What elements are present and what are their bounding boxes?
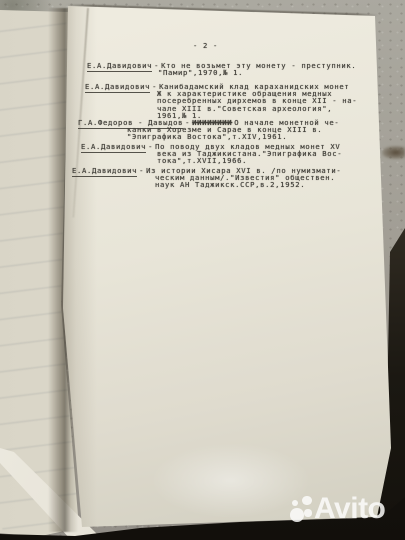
author-name: Е.А.Давидович: [81, 142, 146, 153]
author-separator: -: [148, 142, 153, 151]
bibliography-entry: Е.А.Давидович-Канибадамский клад карахан…: [85, 83, 357, 119]
author-name: Е.А.Давидович: [85, 82, 150, 93]
page-number: - 2 -: [193, 42, 218, 49]
avito-logo-icon: [302, 496, 312, 506]
bibliography-entry: Г.А.Федоров - Давыдов-ИИИИИИИИО начале м…: [78, 119, 357, 141]
bibliography-entry: Е.А.Давидович-Из истории Хисара XVI в. /…: [72, 167, 357, 189]
avito-logo-icon: [290, 508, 304, 522]
bib-line: тока",т.XVII,1966.: [157, 157, 357, 164]
avito-logo-icon: [304, 509, 311, 516]
bibliography-entry: Е.А.Давидович-По поводу двух кладов медн…: [81, 143, 357, 165]
bibliography-list: Е.А.Давидович-Кто не возьмет эту монету …: [0, 62, 357, 189]
avito-watermark: Avito: [286, 494, 405, 540]
typewritten-text: - 2 - Е.А.Давидович-Кто не возьмет эту м…: [0, 0, 405, 540]
bib-line: "Эпиграфика Востока",т.XIV,1961.: [127, 133, 357, 140]
bib-line: "Памир",1970,№ 1.: [158, 69, 357, 76]
author-name: Е.А.Давидович: [72, 166, 137, 177]
avito-wordmark: Avito: [314, 493, 385, 525]
bibliography-entry: Е.А.Давидович-Кто не возьмет эту монету …: [87, 62, 357, 76]
author-separator: -: [139, 166, 144, 175]
photo-of-typed-page: - 2 - Е.А.Давидович-Кто не возьмет эту м…: [0, 0, 405, 540]
author-name: Е.А.Давидович: [87, 61, 152, 72]
bib-line: наук АН Таджикск.ССР,в.2,1952.: [155, 181, 357, 188]
avito-logo-icon: [292, 500, 299, 507]
